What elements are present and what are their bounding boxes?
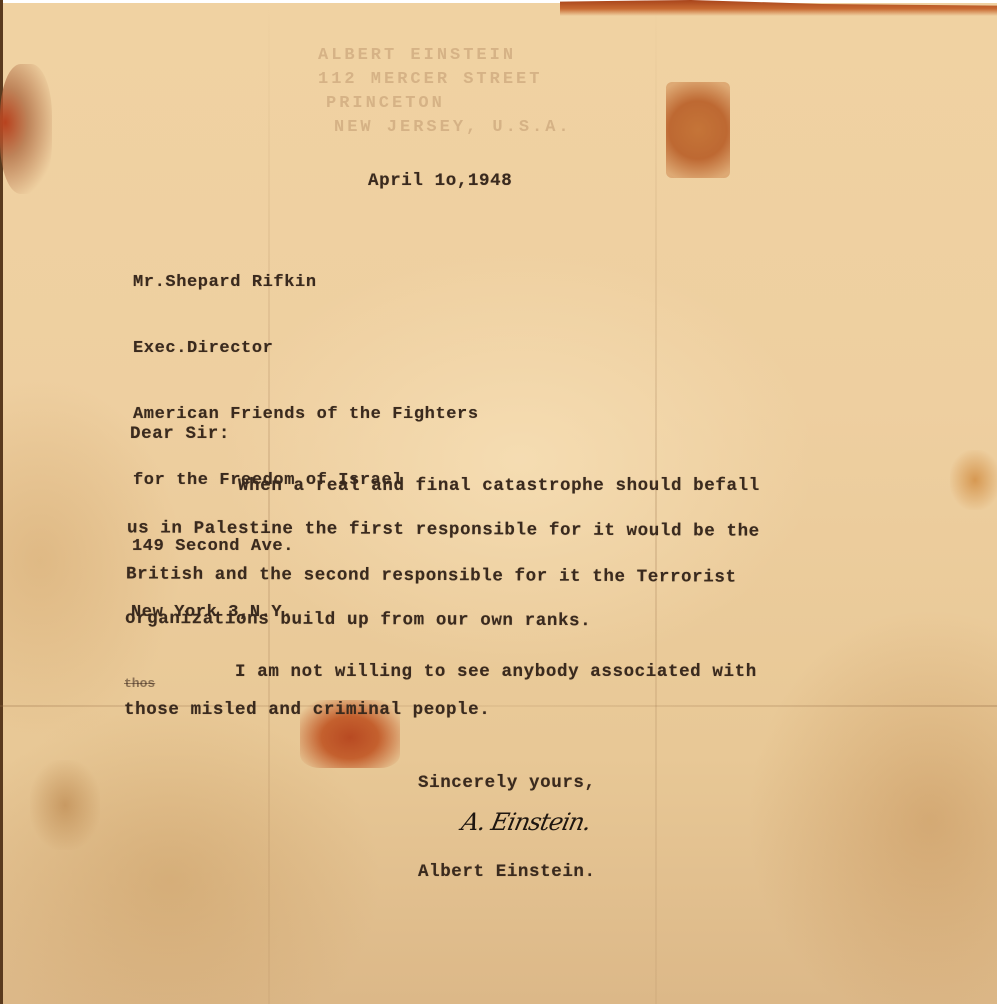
body-line: When a real and final catastrophe should… bbox=[127, 476, 760, 496]
letter-date: April 1o,1948 bbox=[368, 171, 512, 191]
letterhead-line: NEW JERSEY, U.S.A. bbox=[318, 116, 572, 140]
letterhead-line: 112 MERCER STREET bbox=[318, 68, 572, 92]
signer-name: Albert Einstein. bbox=[418, 862, 596, 882]
tape-stain bbox=[0, 64, 52, 194]
recipient-organization: American Friends of the Fighters bbox=[133, 404, 479, 426]
letterhead-line: PRINCETON bbox=[318, 92, 572, 116]
recipient-name: Mr.Shepard Rifkin bbox=[133, 272, 479, 294]
fold-line-vertical bbox=[655, 0, 657, 1004]
water-stain bbox=[950, 450, 997, 510]
body-line: those misled and criminal people. bbox=[124, 700, 490, 720]
recipient-title: Exec.Director bbox=[133, 338, 479, 360]
body-line: I am not willing to see anybody associat… bbox=[124, 662, 757, 682]
handwritten-signature: A. Einstein. bbox=[459, 808, 593, 836]
closing: Sincerely yours, bbox=[418, 773, 596, 793]
body-line: us in Palestine the first responsible fo… bbox=[127, 518, 760, 541]
tape-stain bbox=[666, 82, 730, 178]
body-line: organizations build up from our own rank… bbox=[125, 609, 591, 631]
letter-page: ALBERT EINSTEIN112 MERCER STREETPRINCETO… bbox=[0, 0, 997, 1004]
letterhead: ALBERT EINSTEIN112 MERCER STREETPRINCETO… bbox=[318, 44, 572, 140]
recipient-address: Mr.Shepard Rifkin Exec.Director American… bbox=[133, 228, 479, 668]
struck-out-word: thos bbox=[124, 676, 155, 691]
body-line: British and the second responsible for i… bbox=[126, 564, 737, 587]
letterhead-line: ALBERT EINSTEIN bbox=[318, 44, 572, 68]
water-stain bbox=[30, 760, 100, 850]
salutation: Dear Sir: bbox=[130, 424, 230, 444]
